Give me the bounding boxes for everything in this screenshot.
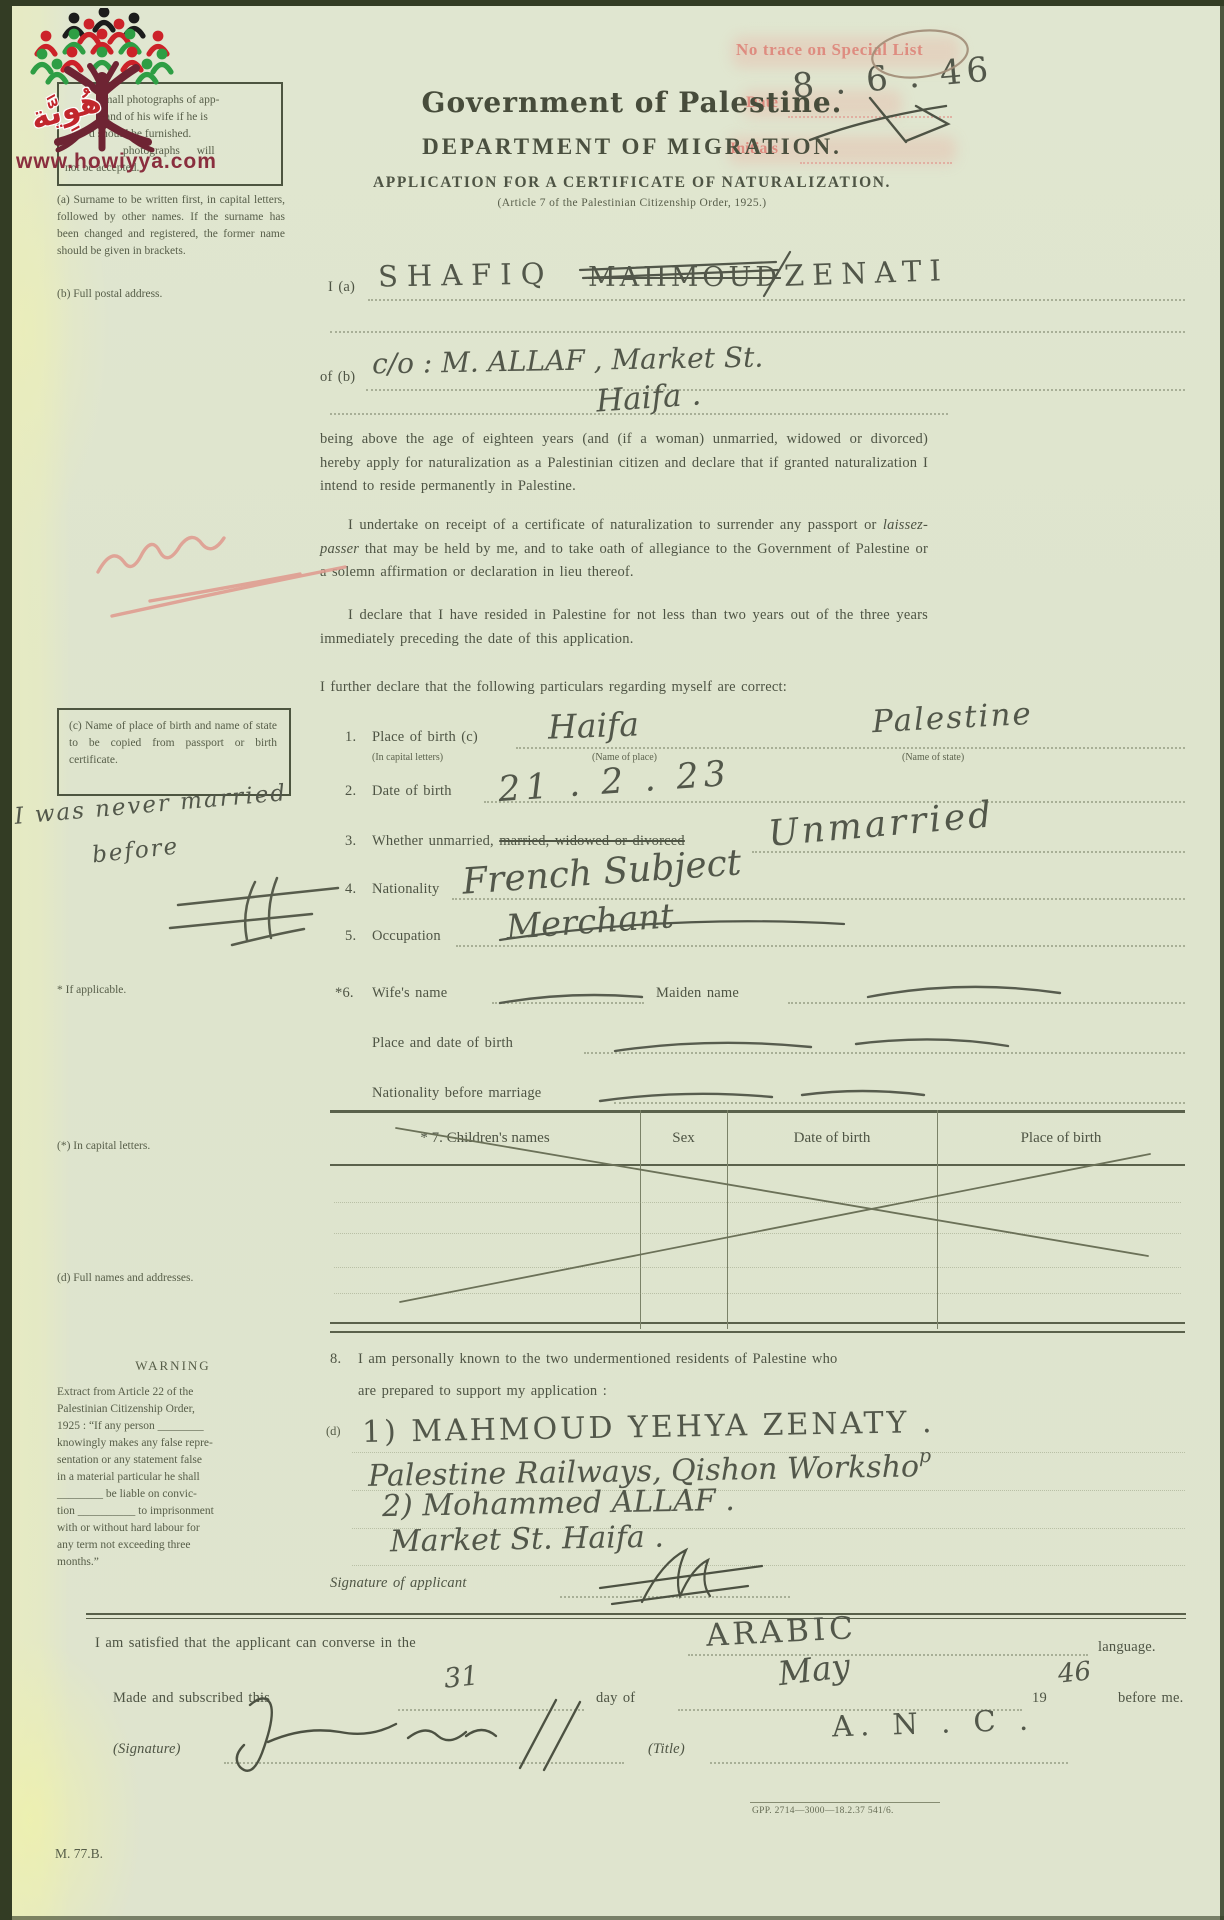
red-pencil-scribble bbox=[98, 537, 345, 616]
note-d: (d) Full names and addresses. bbox=[57, 1270, 193, 1287]
title-label: (Title) bbox=[648, 1738, 685, 1762]
section8-number: 8. bbox=[330, 1348, 341, 1372]
field5-value: Merchant bbox=[505, 896, 675, 948]
field2-number: 2. bbox=[345, 780, 356, 804]
margin-note-before: before bbox=[91, 834, 181, 869]
year-value: 46 bbox=[1057, 1656, 1093, 1689]
witness1-name: 1) MAHMOUD YEHYA ZENATY . bbox=[362, 1405, 935, 1450]
field4-number: 4. bbox=[345, 878, 356, 902]
paragraph-undertake: I undertake on receipt of a certificate … bbox=[320, 514, 928, 585]
warning-text: Extract from Article 22 of the Palestini… bbox=[57, 1384, 305, 1571]
witness2-name: 2) Mohammed ALLAF . bbox=[382, 1483, 735, 1524]
i-label: I (a) bbox=[328, 276, 355, 300]
table-header-dob: Date of birth bbox=[727, 1130, 937, 1147]
day-of-label: day of bbox=[596, 1687, 635, 1711]
field1-sub-capitals: (In capital letters) bbox=[372, 752, 443, 763]
language-label: language. bbox=[1098, 1636, 1156, 1660]
note-c: (c) Name of place of birth and name of s… bbox=[69, 718, 277, 769]
margin-initials-scrawl bbox=[170, 878, 338, 945]
paragraph-eligibility: being above the age of eighteen years (a… bbox=[320, 428, 928, 499]
table-bottom-double-rule bbox=[330, 1322, 1185, 1333]
logo-people-canopy bbox=[33, 8, 171, 82]
header-subtitle: (Article 7 of the Palestinian Citizenshi… bbox=[332, 197, 932, 209]
field3-number: 3. bbox=[345, 830, 356, 854]
field1-value-state: Palestine bbox=[871, 696, 1033, 740]
field6-label: Wife's name bbox=[372, 982, 447, 1006]
section8-line2: are prepared to support my application : bbox=[358, 1380, 607, 1404]
converse-label: I am satisfied that the applicant can co… bbox=[95, 1632, 416, 1656]
made-subscribed-label: Made and subscribed this bbox=[113, 1687, 270, 1711]
header-department: DEPARTMENT OF MIGRATION. bbox=[382, 134, 882, 160]
field6-maiden-label: Maiden name bbox=[656, 982, 739, 1006]
form-number: M. 77.B. bbox=[55, 1846, 103, 1862]
paragraph-further-declare: I further declare that the following par… bbox=[320, 676, 787, 700]
applicant-first-name: SHAFIQ bbox=[378, 256, 554, 293]
address-line1: c/o : M. ALLAF , Market St. bbox=[372, 341, 764, 381]
table-cross-out bbox=[396, 1128, 1150, 1302]
photo-note-line: and of his wife if he is bbox=[105, 109, 208, 126]
print-code: GPP. 2714—3000—18.2.37 541/6. bbox=[752, 1806, 894, 1816]
scan-edge-left bbox=[0, 0, 12, 1920]
field1-number: 1. bbox=[345, 726, 356, 750]
header-title: APPLICATION FOR A CERTIFICATE OF NATURAL… bbox=[332, 174, 932, 192]
section-divider-rule bbox=[86, 1613, 1186, 1619]
scan-edge-right bbox=[1220, 0, 1224, 1920]
table-header-sex: Sex bbox=[640, 1130, 727, 1147]
paragraph-residence: I declare that I have resided in Palesti… bbox=[320, 604, 928, 651]
field6-nationality-before-label: Nationality before marriage bbox=[372, 1082, 541, 1106]
field1-label: Place of birth (c) bbox=[372, 726, 478, 750]
note-if-applicable: * If applicable. bbox=[57, 982, 126, 999]
field6-number: *6. bbox=[335, 982, 354, 1006]
field2-label: Date of birth bbox=[372, 780, 452, 804]
header-government: Government of Palestine. bbox=[382, 86, 882, 119]
applicant-middle-name-struck: MAHMOUD bbox=[588, 262, 781, 293]
field1-value-place: Haifa bbox=[547, 704, 639, 746]
signature-label: (Signature) bbox=[113, 1738, 181, 1762]
day-value: 31 bbox=[442, 1660, 479, 1694]
month-value: May bbox=[776, 1646, 852, 1693]
field3-struck-options: married, widowed or divorced bbox=[499, 833, 685, 849]
section8-line1: I am personally known to the two underme… bbox=[358, 1348, 838, 1372]
photo-note-line: small photographs of app- bbox=[99, 92, 219, 109]
field3-value: Unmarried bbox=[767, 794, 996, 855]
note-a: (a) Surname to be written first, in capi… bbox=[57, 192, 285, 260]
scan-edge-bottom bbox=[0, 1916, 1224, 1920]
watermark-url: www.howiyya.com bbox=[16, 150, 217, 174]
field6-place-dob-label: Place and date of birth bbox=[372, 1032, 513, 1056]
field5-label: Occupation bbox=[372, 925, 441, 949]
address-line2: Haifa . bbox=[595, 376, 702, 419]
scanned-document-page: small photographs of app- and of his wif… bbox=[0, 0, 1224, 1920]
photo-note-line: d should be furnished. bbox=[89, 126, 191, 143]
field1-sub-state: (Name of state) bbox=[902, 752, 964, 763]
signature-of-applicant-label: Signature of applicant bbox=[330, 1572, 467, 1596]
of-label: of (b) bbox=[320, 366, 355, 390]
table-header-children: * 7. Children's names bbox=[330, 1130, 640, 1147]
field4-label: Nationality bbox=[372, 878, 439, 902]
field5-number: 5. bbox=[345, 925, 356, 949]
warning-title: WARNING bbox=[57, 1358, 289, 1374]
witness2-address: Market St. Haifa . bbox=[390, 1520, 664, 1560]
section8-d-label: (d) bbox=[326, 1424, 341, 1439]
scan-edge-top bbox=[0, 0, 1224, 6]
note-b: (b) Full postal address. bbox=[57, 286, 162, 303]
applicant-surname: ZENATI bbox=[783, 253, 949, 293]
note-capitals: (*) In capital letters. bbox=[57, 1138, 150, 1155]
print-code-rule bbox=[750, 1802, 940, 1803]
table-header-pob: Place of birth bbox=[937, 1130, 1185, 1147]
witness1-address-superscript: p bbox=[919, 1445, 932, 1467]
before-me-label: before me. bbox=[1118, 1687, 1184, 1711]
title-value: A. N . C . bbox=[831, 1702, 1035, 1743]
